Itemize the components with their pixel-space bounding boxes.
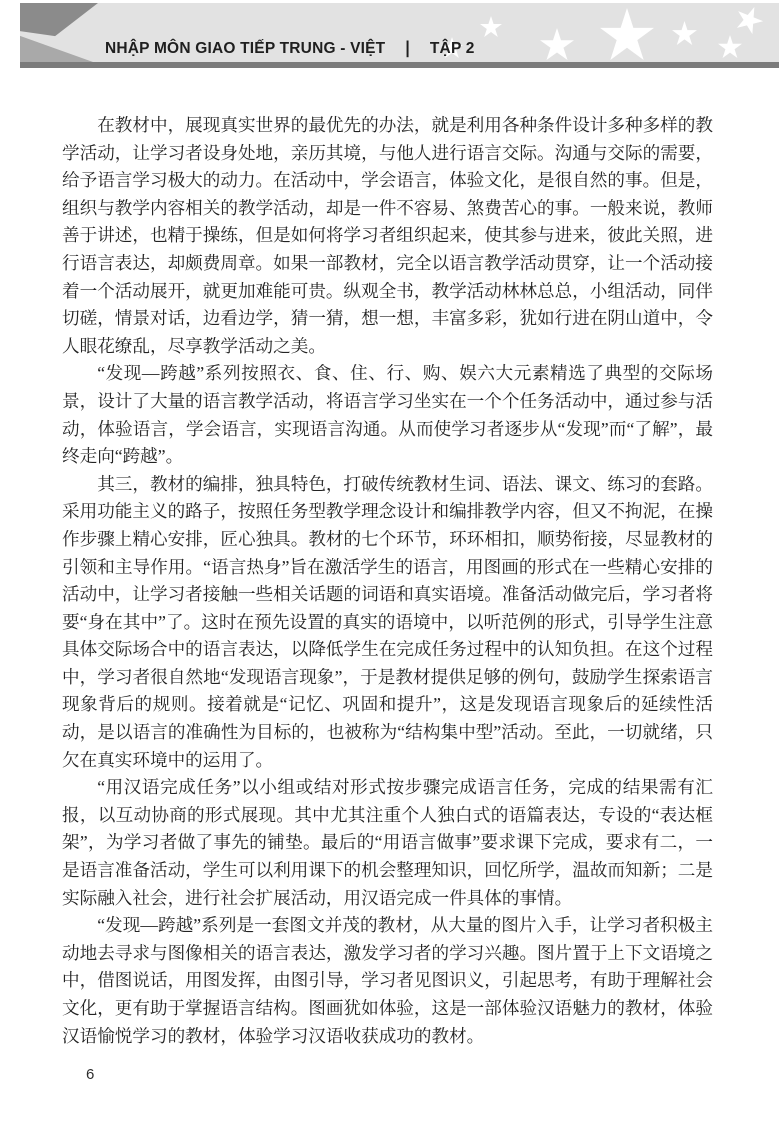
volume-label: TẬP 2 xyxy=(430,40,475,58)
star-icon xyxy=(732,2,767,36)
ribbon-triangle-light xyxy=(20,33,93,62)
paragraph: 在教材中，展现真实世界的最优先的办法，就是利用各种条件设计多种多样的教学活动，让… xyxy=(62,112,713,360)
title-separator: | xyxy=(405,39,410,60)
running-head: NHẬP MÔN GIAO TIẾP TRUNG - VIỆT | TẬP 2 xyxy=(105,40,475,58)
star-icon xyxy=(540,28,574,60)
page-text: 在教材中，展现真实世界的最优先的办法，就是利用各种条件设计多种多样的教学活动，让… xyxy=(62,112,713,1050)
paragraph: “发现—跨越”系列按照衣、食、住、行、购、娱六大元素精选了典型的交际场景，设计了… xyxy=(62,360,713,470)
star-icon xyxy=(672,21,697,45)
book-title: NHẬP MÔN GIAO TIẾP TRUNG - VIỆT xyxy=(105,40,385,58)
header-bottom-strip xyxy=(20,62,779,68)
page-number: 6 xyxy=(86,1066,94,1083)
star-icon xyxy=(600,8,654,60)
ribbon-triangle-dark xyxy=(20,3,98,39)
paragraph: “用汉语完成任务”以小组或结对形式按步骤完成语言任务，完成的结果需有汇报，以互动… xyxy=(62,774,713,912)
paragraph: “发现—跨越”系列是一套图文并茂的教材，从大量的图片入手，让学习者积极主动地去寻… xyxy=(62,912,713,1050)
star-icon xyxy=(480,16,502,37)
header-banner: NHẬP MÔN GIAO TIẾP TRUNG - VIỆT | TẬP 2 xyxy=(20,3,779,62)
paragraph: 其三，教材的编排，独具特色，打破传统教材生词、语法、课文、练习的套路。采用功能主… xyxy=(62,471,713,775)
star-icon xyxy=(718,35,742,58)
